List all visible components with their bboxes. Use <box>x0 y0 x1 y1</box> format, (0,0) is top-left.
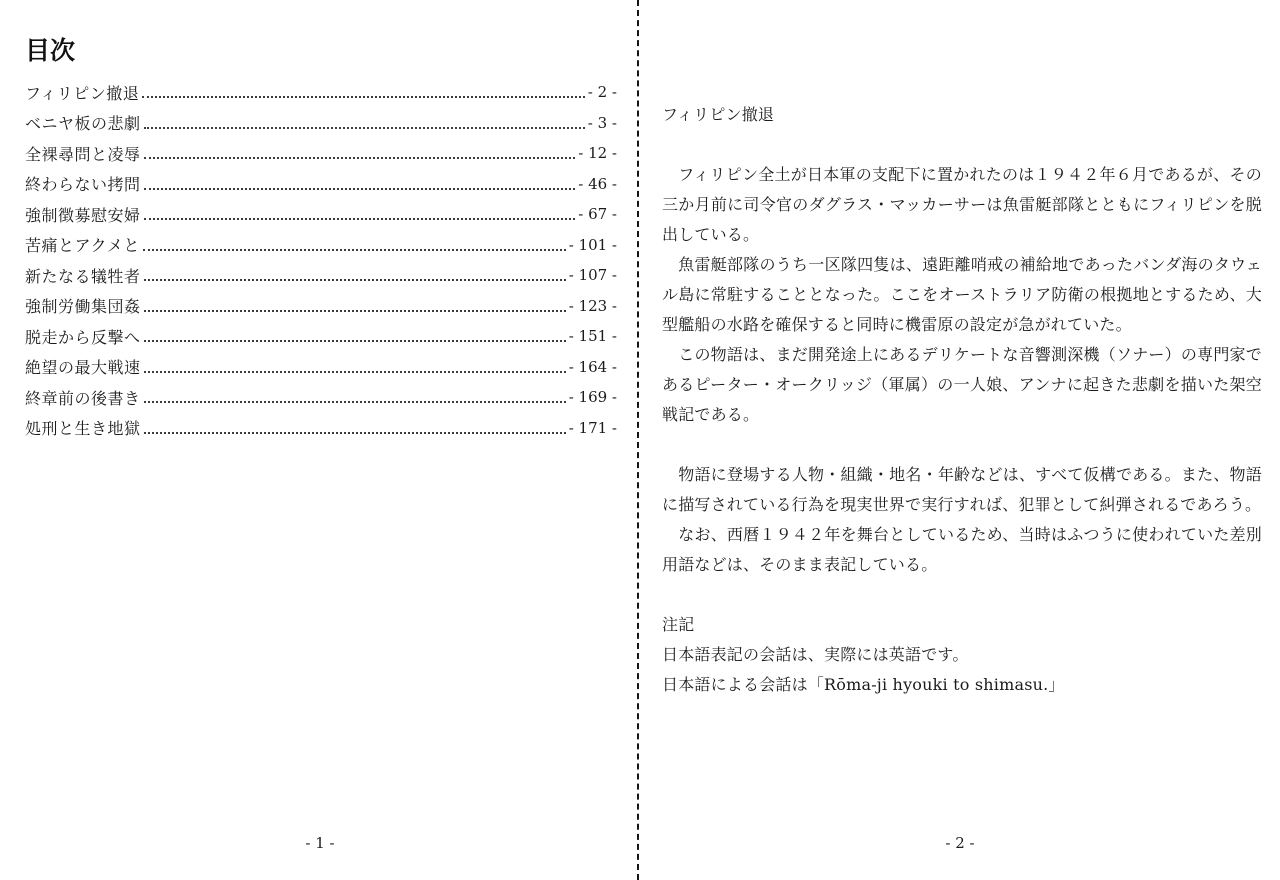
toc-entry-page: - 12 - <box>578 144 617 162</box>
toc-entry-page: - 46 - <box>578 175 617 193</box>
toc-entry-page: - 171 - <box>569 419 617 437</box>
toc-entry-title: 終わらない拷問 <box>25 172 141 195</box>
toc-entry[interactable]: 終わらない拷問 - 46 - <box>25 169 617 200</box>
page-number-left: - 1 - <box>0 831 640 855</box>
toc-entry[interactable]: 強制徴募慰安婦 - 67 - <box>25 199 617 230</box>
toc-entry-title: ベニヤ板の悲劇 <box>25 111 141 134</box>
toc-entry[interactable]: 全裸尋問と凌辱 - 12 - <box>25 138 617 169</box>
toc-entry-title: 強制徴募慰安婦 <box>25 203 141 226</box>
toc-entry-page: - 123 - <box>569 297 617 315</box>
toc-entry[interactable]: 強制労働集団姦 - 123 - <box>25 291 617 322</box>
toc-entry-title: 処刑と生き地獄 <box>25 416 141 439</box>
toc-leader-dots <box>144 157 576 159</box>
toc-entry-title: 脱走から反撃へ <box>25 325 141 348</box>
toc-page: 目次 フィリピン撤退 - 2 - ベニヤ板の悲劇 - 3 - 全裸尋問と凌辱 -… <box>25 36 617 443</box>
note-line: 日本語による会話は「Rōma-ji hyouki to shimasu.」 <box>662 670 1262 700</box>
toc-entry-page: - 2 - <box>588 83 617 101</box>
toc-leader-dots <box>142 96 585 98</box>
content-page: フィリピン撤退 フィリピン全土が日本軍の支配下に置かれたのは１９４２年６月である… <box>662 100 1262 700</box>
toc-entry[interactable]: 苦痛とアクメと - 101 - <box>25 230 617 261</box>
toc-leader-dots <box>144 340 566 342</box>
toc-entry-page: - 3 - <box>588 114 617 132</box>
disclaimer-paragraph: なお、西暦１９４２年を舞台としているため、当時はふつうに使われていた差別用語など… <box>662 520 1262 580</box>
page-divider <box>637 0 639 880</box>
toc-entry-title: 強制労働集団姦 <box>25 294 141 317</box>
toc-entry-title: フィリピン撤退 <box>25 81 139 104</box>
toc-leader-dots <box>144 310 566 312</box>
toc-leader-dots <box>144 188 576 190</box>
chapter-heading: フィリピン撤退 <box>662 100 1262 130</box>
notes-heading: 注記 <box>662 610 1262 640</box>
intro-paragraph: フィリピン全土が日本軍の支配下に置かれたのは１９４２年６月であるが、その三か月前… <box>662 160 1262 250</box>
note-line: 日本語表記の会話は、実際には英語です。 <box>662 640 1262 670</box>
intro-paragraph: 魚雷艇部隊のうち一区隊四隻は、遠距離哨戒の補給地であったバンダ海のタウェル島に常… <box>662 250 1262 340</box>
toc-entry-page: - 164 - <box>569 358 617 376</box>
toc-entry[interactable]: 新たなる犠牲者 - 107 - <box>25 260 617 291</box>
toc-leader-dots <box>144 432 566 434</box>
toc-entry-title: 絶望の最大戦速 <box>25 355 141 378</box>
toc-entry-page: - 67 - <box>578 205 617 223</box>
toc-leader-dots <box>144 401 566 403</box>
toc-list: フィリピン撤退 - 2 - ベニヤ板の悲劇 - 3 - 全裸尋問と凌辱 - 12… <box>25 77 617 443</box>
toc-entry[interactable]: 終章前の後書き - 169 - <box>25 382 617 413</box>
toc-entry-page: - 101 - <box>569 236 617 254</box>
toc-entry-title: 全裸尋問と凌辱 <box>25 142 141 165</box>
toc-entry-title: 新たなる犠牲者 <box>25 264 141 287</box>
toc-entry-title: 苦痛とアクメと <box>25 233 140 256</box>
toc-entry-page: - 169 - <box>569 388 617 406</box>
toc-entry-page: - 107 - <box>569 266 617 284</box>
document-spread: 目次 フィリピン撤退 - 2 - ベニヤ板の悲劇 - 3 - 全裸尋問と凌辱 -… <box>0 0 1280 880</box>
toc-entry[interactable]: 脱走から反撃へ - 151 - <box>25 321 617 352</box>
intro-paragraph: この物語は、まだ開発途上にあるデリケートな音響測深機（ソナー）の専門家であるピー… <box>662 340 1262 430</box>
toc-leader-dots <box>144 279 566 281</box>
page-number-right: - 2 - <box>640 831 1280 855</box>
toc-entry-title: 終章前の後書き <box>25 386 141 409</box>
toc-entry-page: - 151 - <box>569 327 617 345</box>
toc-entry[interactable]: 処刑と生き地獄 - 171 - <box>25 413 617 444</box>
toc-leader-dots <box>143 249 566 251</box>
toc-entry[interactable]: 絶望の最大戦速 - 164 - <box>25 352 617 383</box>
toc-leader-dots <box>144 371 566 373</box>
toc-heading: 目次 <box>25 36 617 66</box>
toc-leader-dots <box>144 127 585 129</box>
toc-entry[interactable]: フィリピン撤退 - 2 - <box>25 77 617 108</box>
disclaimer-paragraph: 物語に登場する人物・組織・地名・年齢などは、すべて仮構である。また、物語に描写さ… <box>662 460 1262 520</box>
toc-leader-dots <box>144 218 576 220</box>
toc-entry[interactable]: ベニヤ板の悲劇 - 3 - <box>25 108 617 139</box>
